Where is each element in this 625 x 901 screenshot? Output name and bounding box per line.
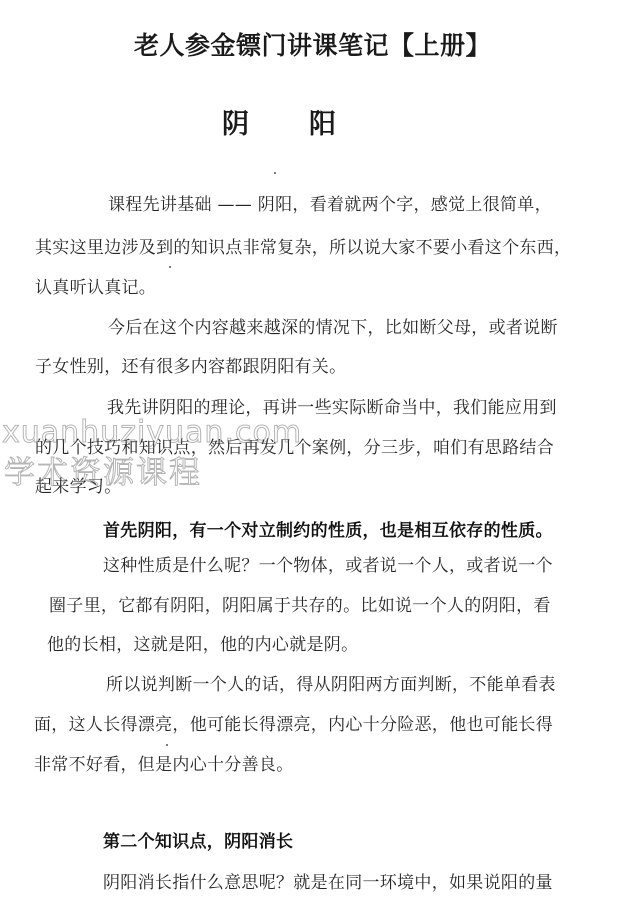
document-title: 老人参金镖门讲课笔记【上册】 <box>0 26 625 62</box>
scan-speck <box>166 744 168 746</box>
document-page: 老人参金镖门讲课笔记【上册】 阴阳 课程先讲基础 —— 阴阳，看着就两个字，感觉… <box>0 0 625 901</box>
section-title-yang: 阳 <box>309 102 336 141</box>
bold-heading-line: 第二个知识点，阴阳消长 <box>103 827 293 852</box>
scan-speck <box>169 266 171 268</box>
scan-speck <box>274 172 276 174</box>
paragraph-line: 他的长相，这就是阳，他的内心就是阴。 <box>47 630 358 655</box>
paragraph-line: 的几个技巧和知识点，然后再发几个案例，分三步，咱们有思路结合 <box>35 433 554 458</box>
paragraph-line: 认真听认真记。 <box>35 273 156 298</box>
paragraph-line: 非常不好看，但是内心十分善良。 <box>34 750 294 775</box>
paragraph-line: 圈子里，它都有阴阳，阴阳属于共存的。比如说一个人的阴阳，看 <box>49 591 551 616</box>
paragraph-line: 阴阳消长指什么意思呢？就是在同一环境中，如果说阳的量 <box>103 868 553 893</box>
paragraph-line: 其实这里边涉及到的知识点非常复杂，所以说大家不要小看这个东西， <box>35 233 571 258</box>
paragraph-line: 我先讲阴阳的理论，再讲一些实际断命当中，我们能应用到 <box>107 393 557 418</box>
bold-heading-line: 首先阴阳，有一个对立制约的性质，也是相互依存的性质。 <box>103 516 553 541</box>
paragraph-line: 所以说判断一个人的话，得从阴阳两方面判断，不能单看表 <box>106 670 556 695</box>
section-title: 阴阳 <box>222 102 336 141</box>
paragraph-line: 今后在这个内容越来越深的情况下，比如断父母，或者说断 <box>108 313 558 338</box>
paragraph-line: 课程先讲基础 —— 阴阳，看着就两个字，感觉上很简单， <box>108 190 552 215</box>
paragraph-line: 面，这人长得漂亮，他可能长得漂亮，内心十分险恶，他也可能长得 <box>34 710 553 735</box>
paragraph-line: 子女性别，还有很多内容都跟阴阳有关。 <box>35 352 346 377</box>
paragraph-line: 起来学习。 <box>35 472 122 497</box>
paragraph-line: 这种性质是什么呢？一个物体，或者说一个人，或者说一个 <box>103 551 553 576</box>
section-title-yin: 阴 <box>222 102 249 141</box>
